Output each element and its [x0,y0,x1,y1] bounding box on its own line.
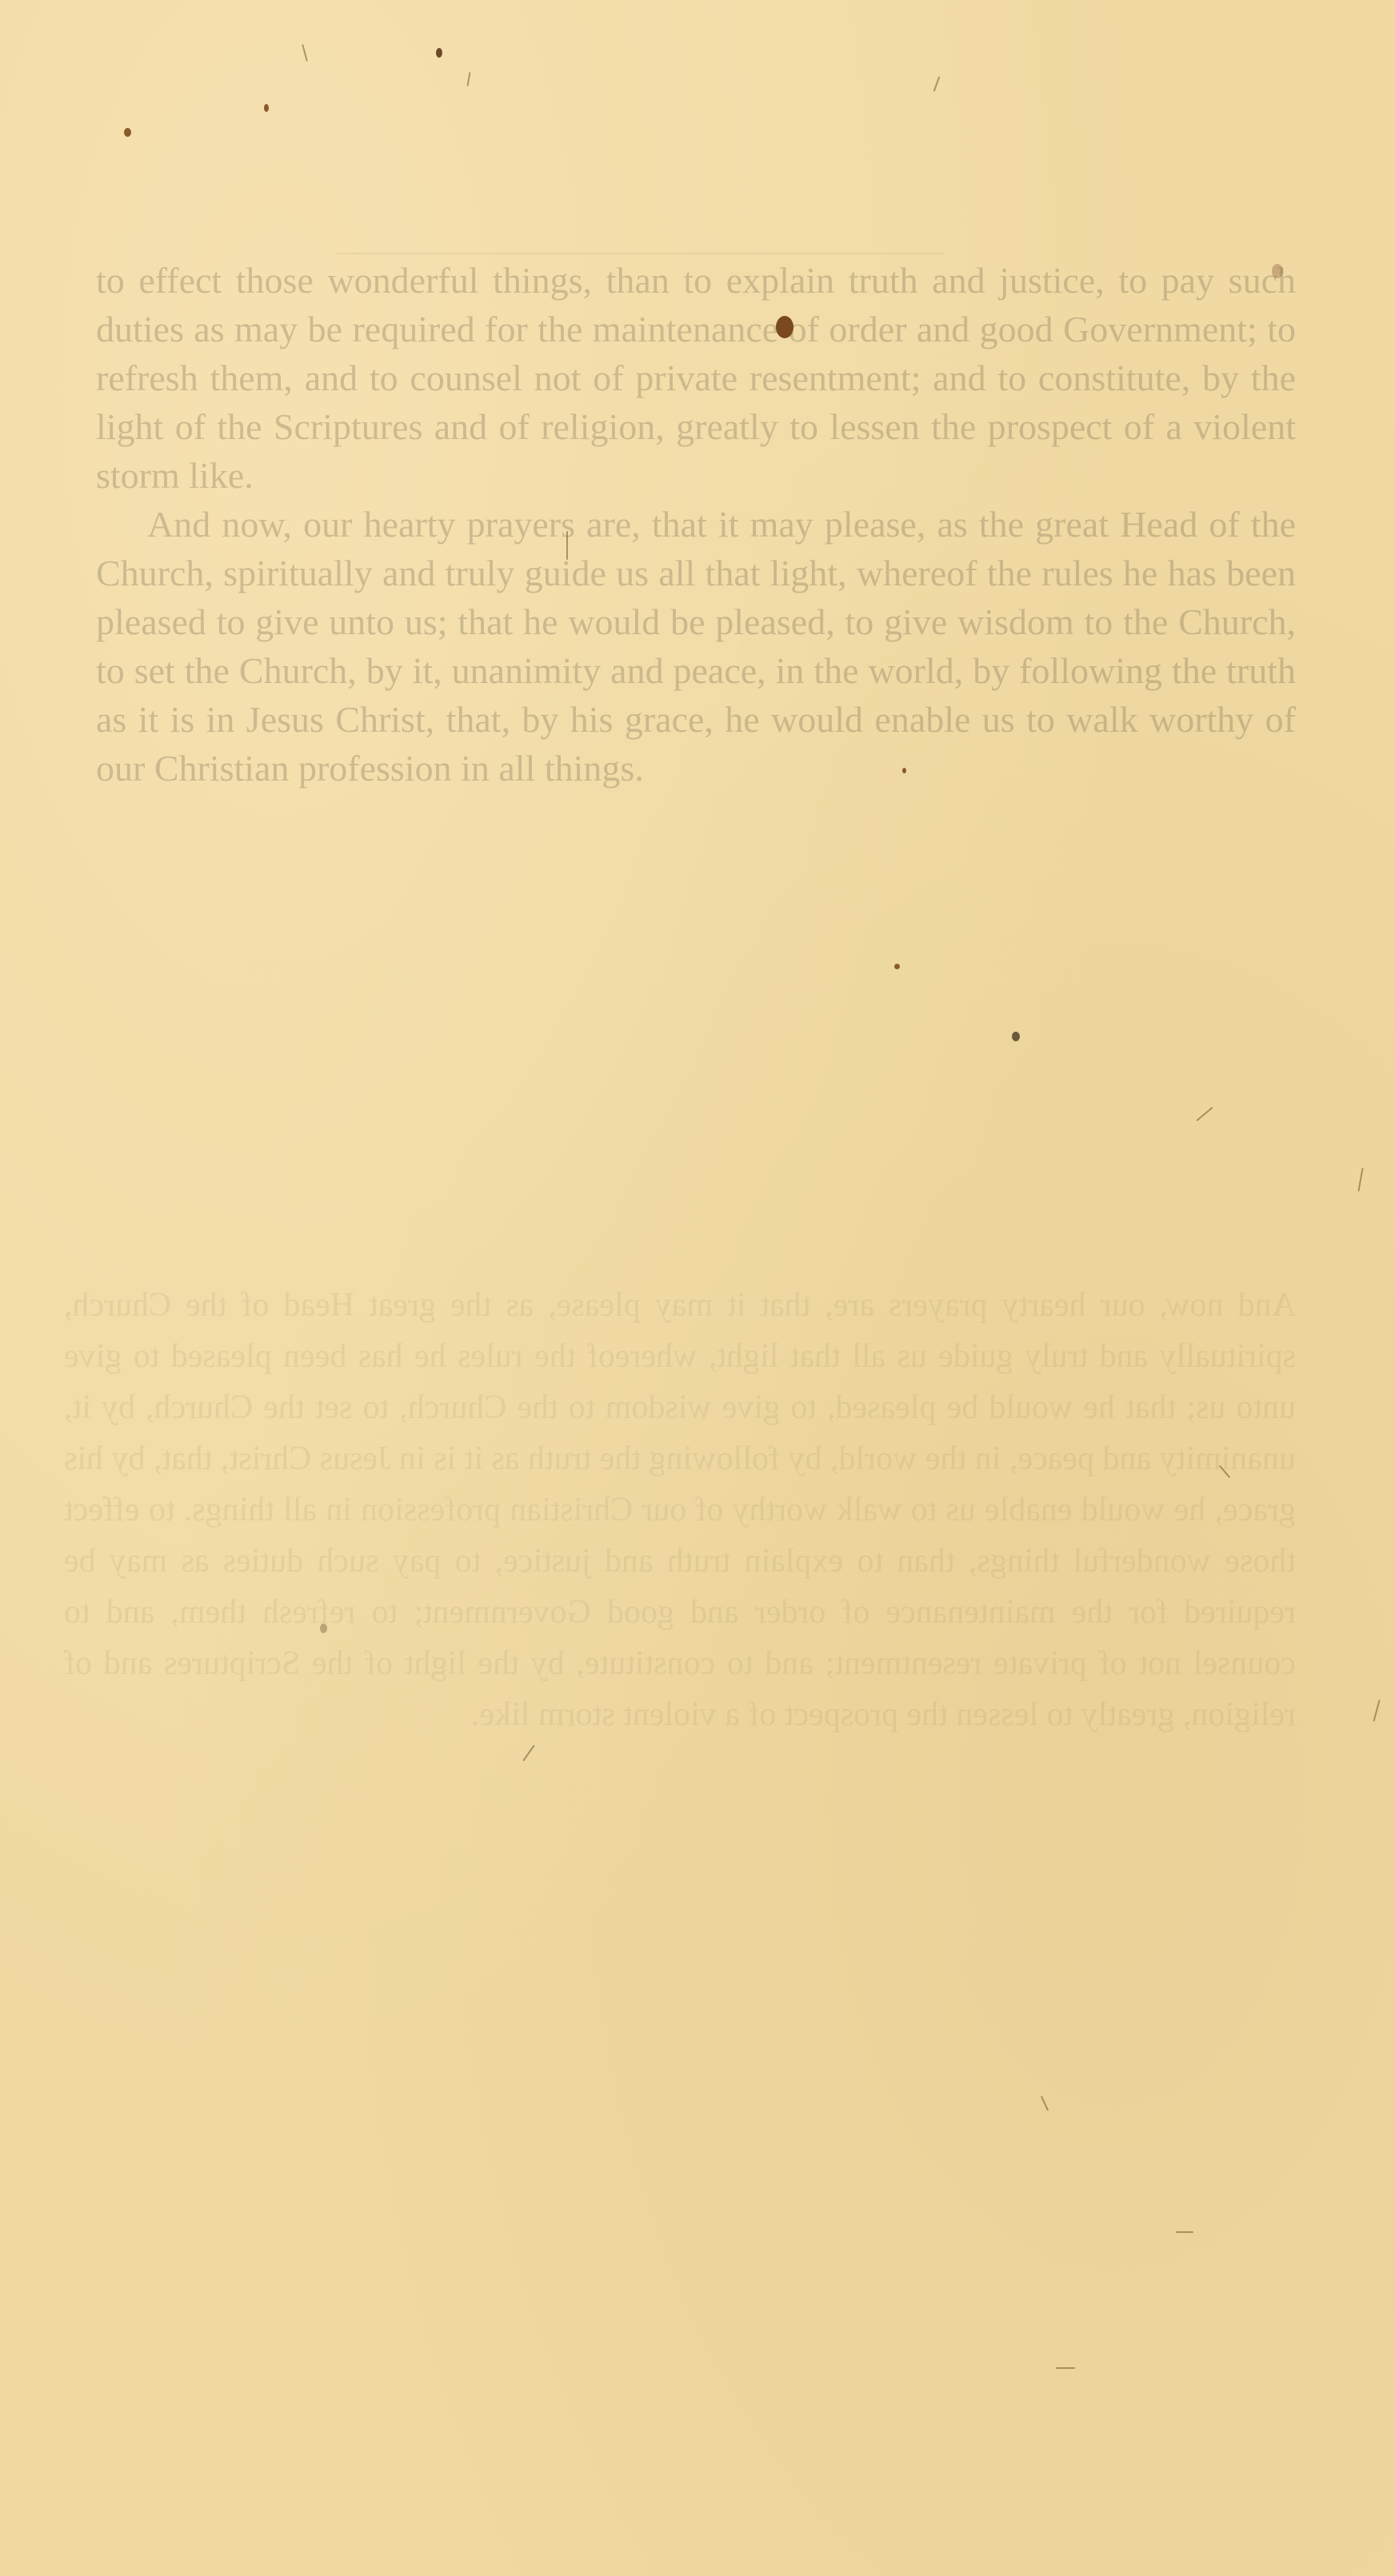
paper-speck [124,128,131,137]
paper-fiber [1357,1168,1363,1192]
paper-speck [902,768,906,773]
paper-fiber [302,44,308,62]
paper-fiber [466,72,470,86]
show-through-text: And now, our hearty prayers are, that it… [64,1280,1296,1740]
paper-speck [264,104,269,112]
body-text: to effect those wonderful things, than t… [96,256,1296,793]
paper-speck [776,316,793,338]
paper-fiber [1056,2367,1075,2369]
paper-speck [1272,264,1283,278]
paper-fiber [1176,2231,1193,2233]
paper-fiber [933,76,941,91]
paper-speck [894,964,900,969]
book-page: to effect those wonderful things, than t… [0,0,1395,2576]
paper-speck [320,1623,327,1633]
paper-fiber [1041,2096,1049,2111]
paper-fiber [1373,1699,1380,1722]
paper-speck [436,48,442,58]
paper-fiber [1196,1107,1213,1121]
paper-fiber [566,531,568,560]
show-through-paragraph: And now, our hearty prayers are, that it… [64,1287,1296,1528]
paragraph-2: And now, our hearty prayers are, that it… [96,500,1296,793]
paper-speck [1012,1032,1020,1041]
paragraph-1: to effect those wonderful things, than t… [96,256,1296,500]
paper-fiber [522,1745,534,1762]
header-rule [336,253,944,254]
